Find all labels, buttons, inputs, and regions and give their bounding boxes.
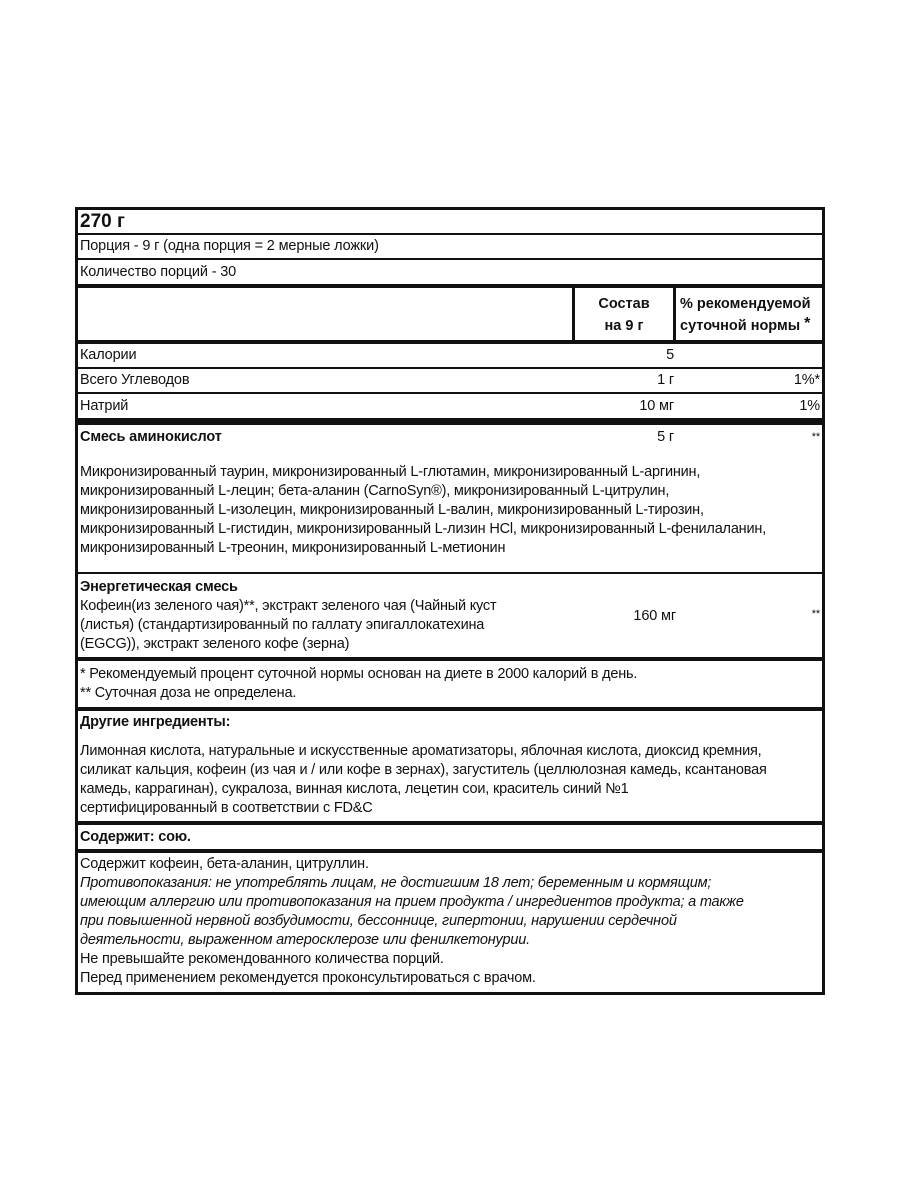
- daily-value-header: % рекомендуемой суточной нормы *: [676, 288, 822, 340]
- nutrient-name: Натрий: [80, 397, 574, 421]
- ingredient-line: микронизированный L-треонин, микронизиро…: [80, 539, 822, 558]
- amino-blend-amount: 5 г: [574, 428, 678, 447]
- dv-header-line1: % рекомендуемой: [680, 293, 822, 315]
- energy-blend-section: Энергетическая смесь Кофеин(из зеленого …: [78, 574, 822, 661]
- contraindication-line: Противопоказания: не употреблять лицам, …: [80, 874, 822, 893]
- nutrient-amount: 5: [574, 346, 678, 369]
- ingredient-line: Кофеин(из зеленого чая)**, экстракт зеле…: [80, 597, 822, 616]
- ingredient-line: Лимонная кислота, натуральные и искусств…: [80, 742, 822, 761]
- energy-blend-amount: 160 мг: [578, 607, 676, 626]
- nutrient-row: Всего Углеводов 1 г 1%*: [78, 369, 822, 394]
- nutrient-name: Всего Углеводов: [80, 371, 574, 394]
- amount-header: Состав на 9 г: [572, 288, 676, 340]
- serving-size-row: Порция - 9 г (одна порция = 2 мерные лож…: [78, 235, 822, 260]
- ingredient-line: микронизированный L-гистидин, микронизир…: [80, 520, 822, 539]
- net-weight: 270 г: [78, 210, 822, 233]
- energy-blend-description: Энергетическая смесь Кофеин(из зеленого …: [78, 574, 822, 654]
- ingredient-line: (EGCG)), экстракт зеленого кофе (зерна): [80, 635, 822, 654]
- serving-size: Порция - 9 г (одна порция = 2 мерные лож…: [78, 235, 822, 256]
- amino-blend-section: Смесь аминокислот 5 г ** Микронизированн…: [78, 425, 822, 574]
- contraindication-line: деятельности, выраженном атеросклерозе и…: [80, 931, 822, 950]
- dose-warning: Не превышайте рекомендованного количеств…: [80, 950, 822, 969]
- amount-header-line1: Состав: [575, 293, 673, 315]
- net-weight-row: 270 г: [78, 210, 822, 235]
- nutrient-dv: [678, 346, 822, 369]
- ingredient-line: (листья) (стандартизированный по галлату…: [80, 616, 822, 635]
- amino-blend-name: Смесь аминокислот: [80, 428, 574, 447]
- column-header-row: Состав на 9 г % рекомендуемой суточной н…: [78, 288, 822, 344]
- other-ingredients-heading: Другие ингредиенты:: [78, 711, 822, 732]
- nutrient-row: Калории 5: [78, 344, 822, 369]
- nutrient-amount: 1 г: [574, 371, 678, 394]
- ingredient-line: сертифицированный в соответствии с FD&C: [80, 799, 822, 818]
- energy-blend-dv: **: [810, 605, 820, 624]
- consult-doctor-note: Перед применением рекомендуется проконсу…: [80, 969, 822, 988]
- contraindication-line: имеющим аллергию или противопоказания на…: [80, 893, 822, 912]
- nutrient-dv: 1%: [678, 397, 822, 421]
- nutrient-name: Калории: [80, 346, 574, 369]
- ingredient-line: камедь, каррагинан), сукралоза, винная к…: [80, 780, 822, 799]
- footnote: * Рекомендуемый процент суточной нормы о…: [80, 665, 822, 684]
- warnings-section: Содержит кофеин, бета-аланин, цитруллин.…: [78, 853, 822, 992]
- footnote: ** Суточная доза не определена.: [80, 684, 822, 703]
- amino-blend-ingredients: Микронизированный таурин, микронизирован…: [78, 463, 822, 558]
- ingredient-line: микронизированный L-лецин; бета-аланин (…: [80, 482, 822, 501]
- other-ingredients-section: Другие ингредиенты: Лимонная кислота, на…: [78, 711, 822, 825]
- allergen-row: Содержит: сою.: [78, 825, 822, 853]
- servings-count: Количество порций - 30: [78, 260, 822, 282]
- dv-header-marker: *: [804, 315, 810, 332]
- servings-count-row: Количество порций - 30: [78, 260, 822, 288]
- contains-statement: Содержит кофеин, бета-аланин, цитруллин.: [80, 855, 822, 874]
- dv-header-line2: суточной нормы: [680, 318, 800, 334]
- contraindication-line: при повышенной нервной возбудимости, бес…: [80, 912, 822, 931]
- energy-blend-name: Энергетическая смесь: [80, 578, 822, 597]
- ingredient-line: силикат кальция, кофеин (из чая и / или …: [80, 761, 822, 780]
- nutrient-dv: 1%*: [678, 371, 822, 394]
- footnotes-section: * Рекомендуемый процент суточной нормы о…: [78, 661, 822, 711]
- nutrient-amount: 10 мг: [574, 397, 678, 421]
- supplement-facts-label: 270 г Порция - 9 г (одна порция = 2 мерн…: [75, 207, 825, 995]
- amount-header-line2: на 9 г: [575, 315, 673, 337]
- header-blank: [78, 288, 572, 340]
- ingredient-line: Микронизированный таурин, микронизирован…: [80, 463, 822, 482]
- allergen-statement: Содержит: сою.: [78, 825, 822, 847]
- nutrient-row: Натрий 10 мг 1%: [78, 394, 822, 425]
- ingredient-line: микронизированный L-изолецин, микронизир…: [80, 501, 822, 520]
- amino-blend-dv: **: [678, 428, 822, 447]
